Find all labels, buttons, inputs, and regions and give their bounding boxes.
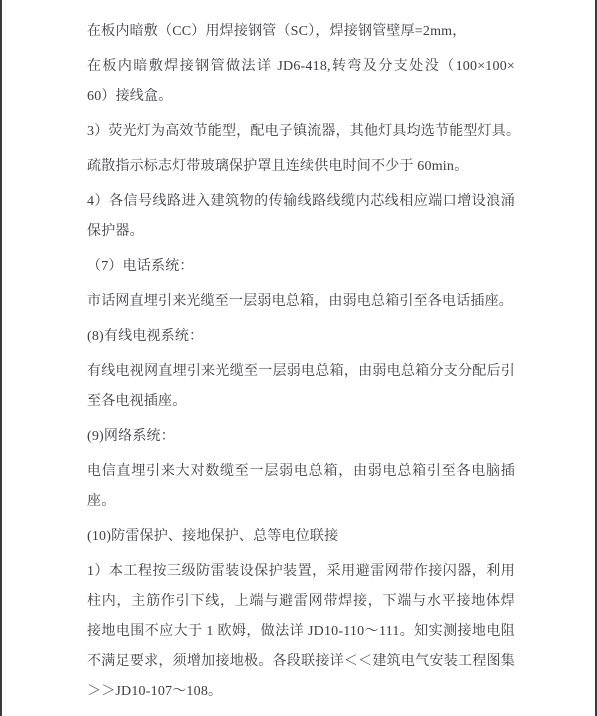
text-line: 4）各信号线路进入建筑物的传输线路线缆内芯线相应端口增设浪涌 [87, 187, 515, 217]
paragraph: 1）本工程按三级防雷装设保护装置，采用避雷网带作接闪器，利用柱内，主筋作引下线，… [87, 557, 515, 707]
paragraph: 有线电视网直埋引来光缆至一层弱电总箱，由弱电总箱分支分配后引至各电视插座。 [87, 357, 515, 417]
text-line: 不满足要求，须增加接地极。各段联接详＜＜建筑电气安装工程图集 [87, 647, 515, 677]
document-page: 在板内暗敷（CC）用焊接钢管（SC），焊接钢管壁厚=2mm，在板内暗敷焊接钢管做… [0, 0, 597, 716]
text-line: 有线电视网直埋引来光缆至一层弱电总箱，由弱电总箱分支分配后引 [87, 357, 515, 387]
text-line: （7）电话系统： [87, 252, 515, 282]
paragraph: （7）电话系统： [87, 252, 515, 282]
paragraph: 市话网直埋引来光缆至一层弱电总箱，由弱电总箱引至各电话插座。 [87, 287, 515, 317]
text-line: 在板内暗敷焊接钢管做法详 JD6-418,转弯及分支处没（100×100× [87, 52, 515, 82]
text-line: 1）本工程按三级防雷装设保护装置，采用避雷网带作接闪器，利用 [87, 557, 515, 587]
text-line: ＞＞JD10-107～108。 [87, 677, 515, 707]
paragraph: 在板内暗敷（CC）用焊接钢管（SC），焊接钢管壁厚=2mm， [87, 17, 515, 47]
paragraph: 4）各信号线路进入建筑物的传输线路线缆内芯线相应端口增设浪涌保护器。 [87, 187, 515, 247]
paragraph: 3）荧光灯为高效节能型，配电子镇流器，其他灯具均选节能型灯具。 [87, 117, 515, 147]
paragraph: (9)网络系统： [87, 422, 515, 452]
text-line: 3）荧光灯为高效节能型，配电子镇流器，其他灯具均选节能型灯具。 [87, 117, 515, 147]
text-line: (8)有线电视系统： [87, 322, 515, 352]
text-line: 接地电围不应大于 1 欧姆，做法详 JD10-110～111。知实测接地电阻 [87, 617, 515, 647]
text-line: 疏散指示标志灯带玻璃保护罩且连续供电时间不少于 60min。 [87, 152, 515, 182]
text-line: 柱内，主筋作引下线，上端与避雷网带焊接，下端与水平接地体焊接， [87, 587, 515, 617]
paragraph: (8)有线电视系统： [87, 322, 515, 352]
paragraph: 在板内暗敷焊接钢管做法详 JD6-418,转弯及分支处没（100×100×60）… [87, 52, 515, 112]
text-line: 市话网直埋引来光缆至一层弱电总箱，由弱电总箱引至各电话插座。 [87, 287, 515, 317]
paragraph: 疏散指示标志灯带玻璃保护罩且连续供电时间不少于 60min。 [87, 152, 515, 182]
text-line: 在板内暗敷（CC）用焊接钢管（SC），焊接钢管壁厚=2mm， [87, 17, 515, 47]
paragraph: (10)防雷保护、接地保护、总等电位联接 [87, 522, 515, 552]
text-line: 电信直埋引来大对数缆至一层弱电总箱，由弱电总箱引至各电脑插 [87, 457, 515, 487]
text-line: 至各电视插座。 [87, 387, 515, 417]
text-line: 60）接线盒。 [87, 82, 515, 112]
document-body: 在板内暗敷（CC）用焊接钢管（SC），焊接钢管壁厚=2mm，在板内暗敷焊接钢管做… [87, 17, 515, 712]
paragraph: 电信直埋引来大对数缆至一层弱电总箱，由弱电总箱引至各电脑插座。 [87, 457, 515, 517]
text-line: (10)防雷保护、接地保护、总等电位联接 [87, 522, 515, 552]
text-line: (9)网络系统： [87, 422, 515, 452]
text-line: 保护器。 [87, 217, 515, 247]
text-line: 座。 [87, 487, 515, 517]
